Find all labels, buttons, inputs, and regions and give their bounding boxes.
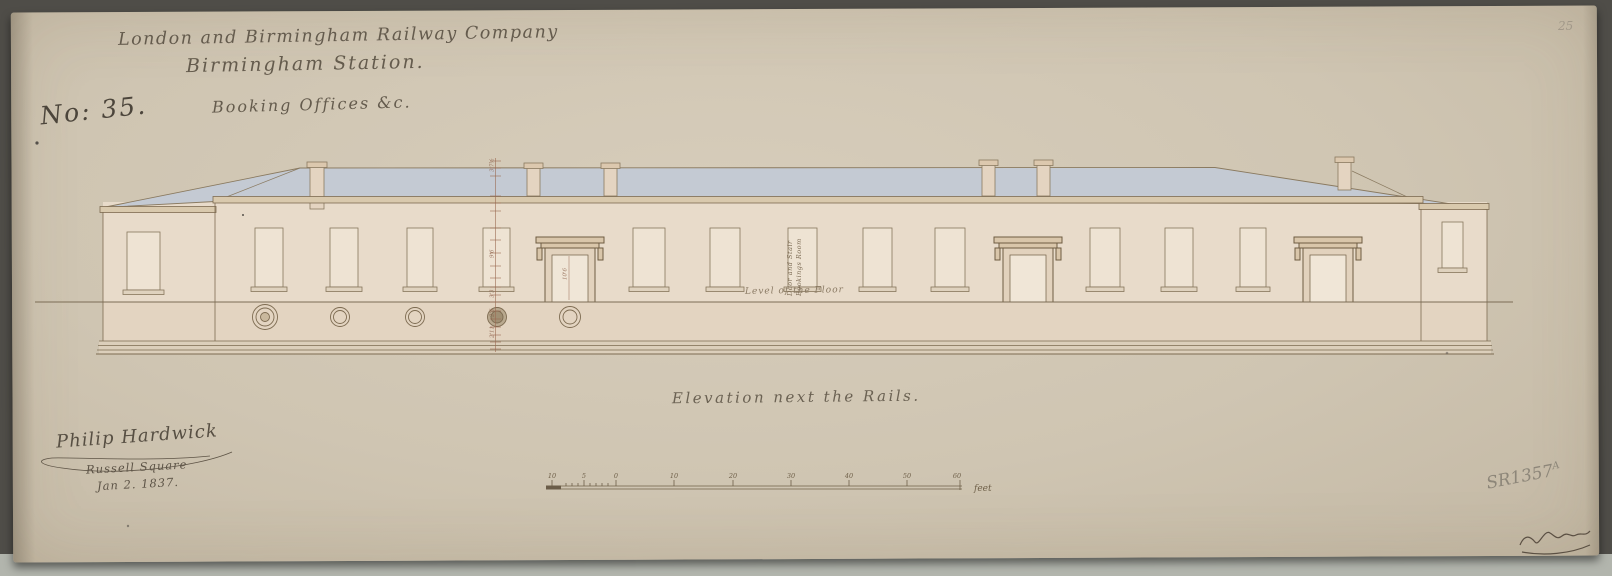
bookings-room-note-line: Bookings Room bbox=[795, 224, 803, 296]
window bbox=[479, 228, 514, 292]
window bbox=[1438, 222, 1467, 273]
elevation-caption: Elevation next the Rails. bbox=[672, 389, 921, 407]
window bbox=[1236, 228, 1270, 292]
bookings-room-note-line: Door and Stair bbox=[786, 224, 794, 296]
dimension-figure: 2'6 bbox=[490, 308, 496, 318]
window bbox=[629, 228, 669, 292]
scale-tick-label: 10 bbox=[670, 472, 678, 480]
chimney bbox=[601, 163, 620, 196]
ink-signature bbox=[1520, 531, 1590, 554]
bookings-room-note: Door and Stair Bookings Room bbox=[786, 224, 803, 296]
scale-tick-label: 50 bbox=[903, 472, 911, 480]
scale-unit-label: feet bbox=[973, 484, 992, 494]
chimney bbox=[524, 163, 543, 196]
scale-bar-labels: 10 5 0 10 20 30 40 50 60 feet bbox=[548, 472, 992, 494]
window bbox=[931, 228, 969, 292]
window bbox=[706, 228, 744, 292]
title-station: Birmingham Station. bbox=[186, 53, 425, 76]
window bbox=[326, 228, 362, 292]
window bbox=[403, 228, 437, 292]
window bbox=[123, 232, 164, 295]
scale-tick-label: 20 bbox=[728, 472, 737, 480]
dimension-figure: 3'7½ bbox=[489, 158, 496, 172]
chimney bbox=[1034, 160, 1053, 196]
chimney bbox=[1335, 157, 1354, 190]
scale-bar bbox=[546, 480, 962, 490]
dimension-figure: 3'3 bbox=[490, 289, 496, 298]
scale-tick-label: 0 bbox=[614, 472, 618, 480]
window bbox=[1086, 228, 1124, 292]
pencil-folio-number: 25 bbox=[1558, 20, 1573, 32]
doorway bbox=[1294, 237, 1362, 302]
scanned-drawing-sheet: 3'7½ 9'6 3'3 2'6 2'11 10'6 10 5 0 10 bbox=[0, 0, 1612, 576]
scale-tick-label: 30 bbox=[787, 472, 795, 480]
dimension-figure: 2'11 bbox=[490, 326, 496, 339]
window bbox=[1161, 228, 1197, 292]
scale-tick-label: 60 bbox=[953, 472, 961, 480]
window bbox=[859, 228, 896, 292]
dimension-figure: 10'6 bbox=[563, 267, 569, 280]
dimension-figure: 9'6 bbox=[490, 249, 496, 258]
vent-circle bbox=[253, 305, 278, 330]
scale-tick-label: 40 bbox=[844, 472, 853, 480]
doorway bbox=[536, 237, 604, 302]
window bbox=[251, 228, 287, 292]
scale-tick-label: 10 bbox=[548, 472, 556, 480]
scale-tick-label: 5 bbox=[582, 472, 586, 480]
chimney bbox=[979, 160, 998, 196]
doorway bbox=[994, 237, 1062, 302]
